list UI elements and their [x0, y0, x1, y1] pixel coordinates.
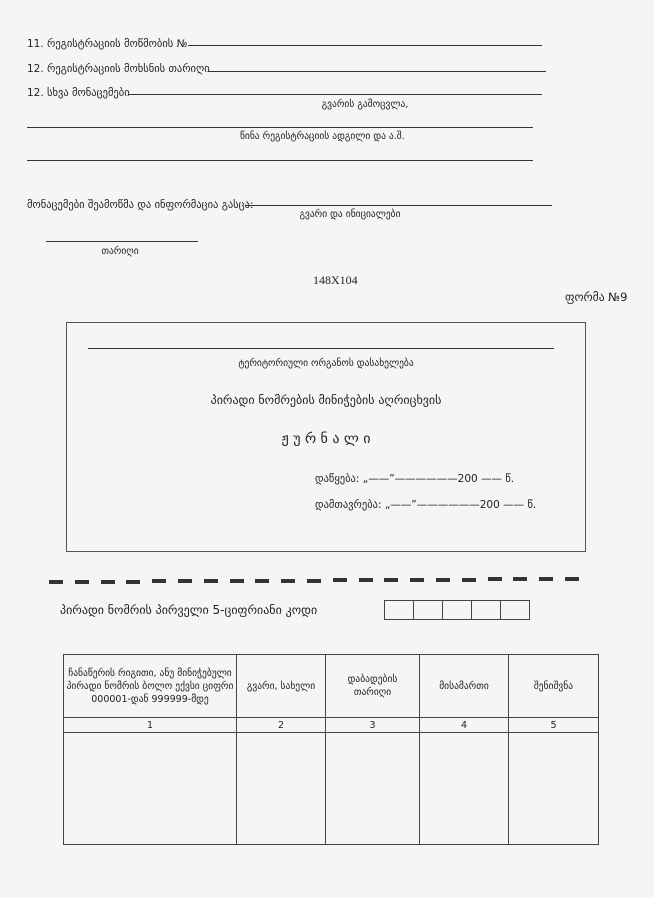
header-birth-date: დაბადების თარიღი — [326, 655, 420, 718]
dash-segment — [410, 578, 424, 582]
field-removal-date-label: 12. რეგისტრაციის მოხსნის თარიღი — [27, 63, 210, 75]
code-box-1[interactable] — [385, 601, 414, 619]
field-removal-date-line[interactable] — [208, 71, 546, 72]
verification-label: მონაცემები შეამოწმა და ინფორმაცია გასცა: — [27, 199, 254, 211]
caption-prev-place: წინა რეგისტრაციის ადგილი და ა.შ. — [240, 131, 440, 142]
caption-name-initials: გვარი და ინიციალები — [290, 209, 410, 220]
dash-segment — [152, 579, 166, 583]
dash-segment — [513, 577, 527, 581]
cell-birth-date[interactable] — [326, 733, 420, 845]
field-other-data-line-2[interactable] — [27, 127, 533, 128]
field-other-data-label: 12. სხვა მონაცემები — [27, 87, 130, 99]
journal-table: ჩანაწერის რიგითი, ანუ მინიჭებული პირადი … — [63, 654, 599, 845]
code-input-boxes[interactable] — [384, 600, 530, 620]
dash-segment — [307, 579, 321, 583]
header-address: მისამართი — [420, 655, 509, 718]
dash-segment — [101, 580, 115, 584]
dash-segment — [462, 578, 476, 582]
code-box-4[interactable] — [472, 601, 501, 619]
col-number-2: 2 — [237, 718, 326, 733]
col-number-4: 4 — [420, 718, 509, 733]
code-box-3[interactable] — [443, 601, 472, 619]
header-note: შენიშვნა — [509, 655, 599, 718]
field-cert-no-line[interactable] — [188, 45, 542, 46]
dash-segment — [204, 579, 218, 583]
cell-record-number[interactable] — [64, 733, 237, 845]
form-number: ფორმა №9 — [565, 290, 627, 304]
code-box-5[interactable] — [501, 601, 529, 619]
dash-segment — [539, 577, 553, 581]
col-number-1: 1 — [64, 718, 237, 733]
field-other-data-line-3[interactable] — [27, 160, 533, 161]
cell-name[interactable] — [237, 733, 326, 845]
cell-address[interactable] — [420, 733, 509, 845]
journal-title: ჟ უ რ ნ ა ლ ი — [67, 431, 585, 447]
start-date-field[interactable]: დაწყება: „——”——————200 —— წ. — [315, 473, 514, 485]
dash-segment — [565, 577, 579, 581]
code-box-2[interactable] — [414, 601, 443, 619]
dash-segment — [49, 580, 63, 584]
dash-segment — [488, 577, 502, 581]
dash-segment — [384, 578, 398, 582]
header-name: გვარი, სახელი — [237, 655, 326, 718]
field-other-data-line[interactable] — [128, 94, 542, 95]
col-number-3: 3 — [326, 718, 420, 733]
verification-date-line[interactable] — [46, 241, 198, 242]
caption-surname-change: გვარის გამოცვლა, — [300, 99, 430, 110]
dash-segment — [230, 579, 244, 583]
journal-subtitle: პირადი ნომრების მინიჭების აღრიცხვის — [67, 393, 585, 407]
dash-segment — [359, 578, 373, 582]
org-name-line[interactable] — [88, 348, 554, 349]
dash-segment — [126, 580, 140, 584]
cell-note[interactable] — [509, 733, 599, 845]
header-record-number: ჩანაწერის რიგითი, ანუ მინიჭებული პირადი … — [64, 655, 237, 718]
dash-segment — [333, 578, 347, 582]
verification-name-line[interactable] — [246, 205, 552, 206]
journal-card: ტერიტორიული ორგანოს დასახელება პირადი ნო… — [66, 322, 586, 552]
dash-segment — [281, 579, 295, 583]
end-date-field[interactable]: დამთავრება: „——”——————200 —— წ. — [315, 499, 536, 511]
org-name-caption: ტერიტორიული ორგანოს დასახელება — [67, 358, 585, 369]
dash-segment — [255, 579, 269, 583]
code-label: პირადი ნომრის პირველი 5-ციფრიანი კოდი — [60, 603, 317, 617]
dash-segment — [75, 580, 89, 584]
dash-segment — [178, 579, 192, 583]
caption-date: თარიღი — [90, 246, 150, 257]
field-cert-no-label: 11. რეგისტრაციის მოწმობის № — [27, 38, 188, 50]
dash-segment — [436, 578, 450, 582]
col-number-5: 5 — [509, 718, 599, 733]
size-label: 148X104 — [313, 273, 358, 288]
table-row — [64, 733, 599, 845]
